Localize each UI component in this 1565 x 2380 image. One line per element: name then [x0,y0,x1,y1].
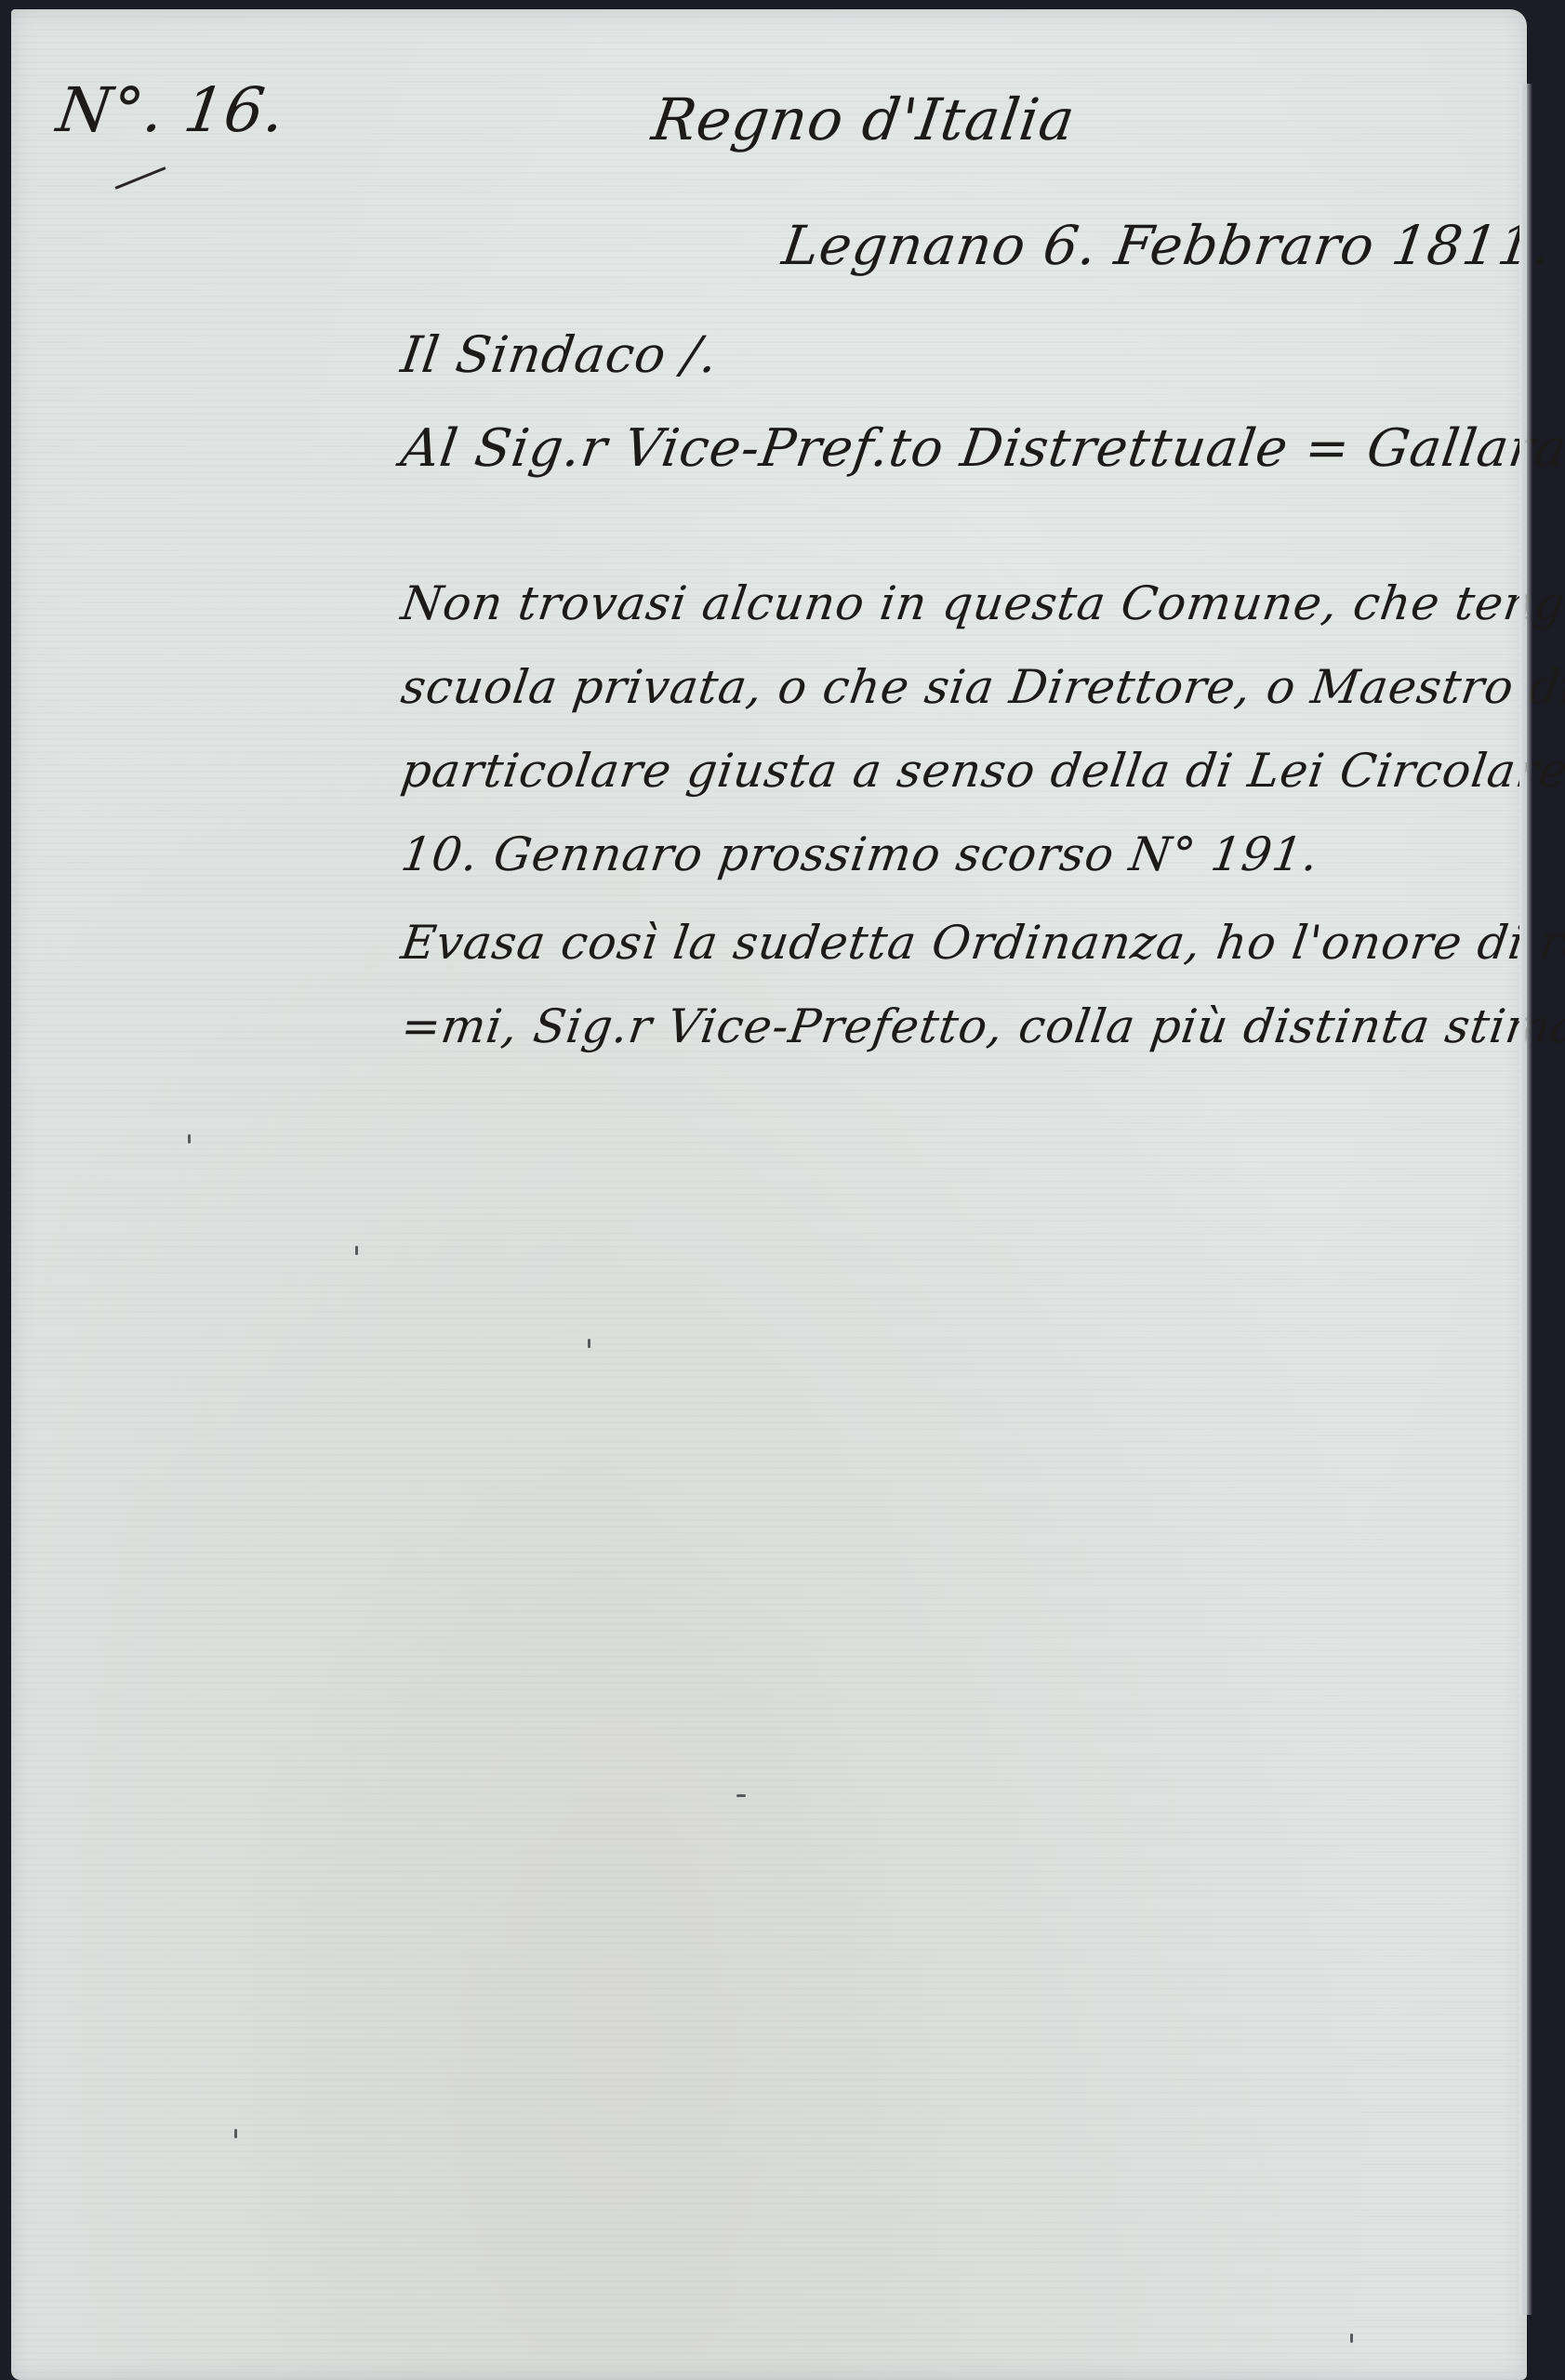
dateline: Legnano 6. Febbraro 1811. [778,214,1556,277]
reference-number: N°. 16. [53,74,290,146]
letterhead-title: Regno d'Italia [648,86,1080,153]
document-page: N°. 16. Regno d'Italia Legnano 6. Febbra… [11,9,1527,2380]
paper-speck [234,2129,237,2138]
body-line-3: particolare giusta a senso della di Lei … [398,744,1565,798]
paper-speck [1350,2334,1353,2343]
paper-speck [355,1246,358,1255]
body-line-6: =mi, Sig.r Vice-Prefetto, colla più dist… [398,999,1565,1053]
sender-line: Il Sindaco /. [398,325,723,384]
body-line-2: scuola privata, o che sia Direttore, o M… [398,660,1565,714]
paper-speck [736,1794,746,1797]
body-line-1: Non trovasi alcuno in questa Comune, che… [398,576,1565,630]
body-line-5: Evasa così la sudetta Ordinanza, ho l'on… [398,916,1565,970]
paper-speck [588,1339,590,1348]
addressee-line: Al Sig.r Vice-Pref.to Distrettuale = Gal… [397,418,1565,479]
body-line-4: 10. Gennaro prossimo scorso N° 191. [398,827,1322,881]
paper-speck [188,1134,191,1144]
reference-underline [115,166,166,190]
